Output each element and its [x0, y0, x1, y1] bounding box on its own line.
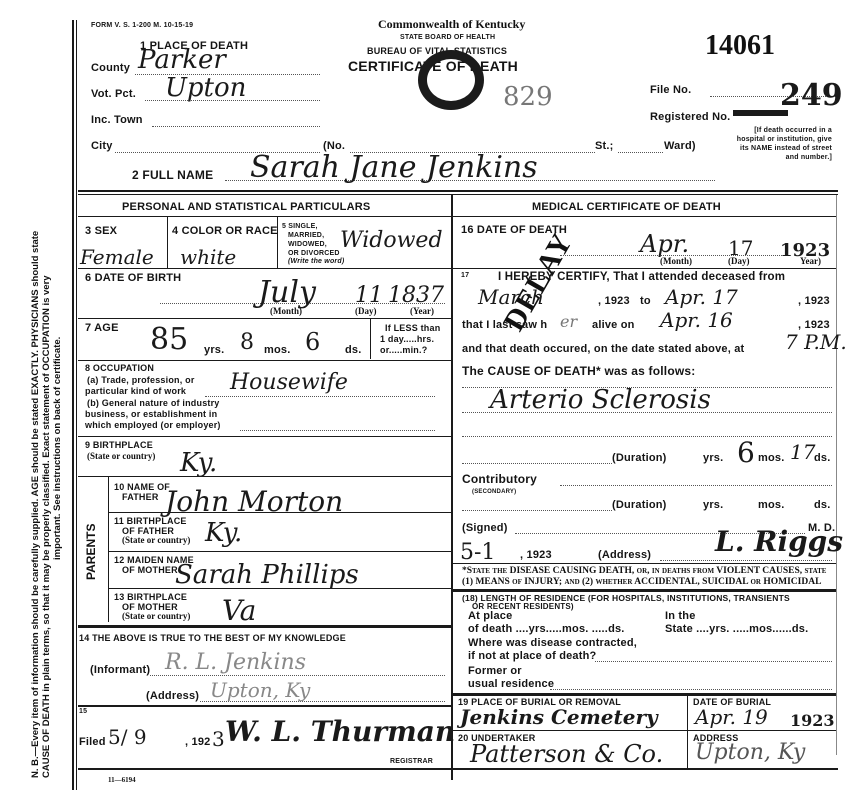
personal-title-rule	[78, 216, 451, 217]
side-note-line2: CAUSE OF DEATH in plain terms, so that i…	[41, 275, 52, 778]
mother-bp-label-1: 13 BIRTHPLACE	[114, 592, 187, 602]
registrar-signature: W. L. Thurman	[225, 715, 455, 748]
father-name-label-1: 10 NAME OF	[114, 482, 170, 492]
dob-day-caption: (Day)	[355, 306, 377, 316]
cause-mos-label: mos.	[758, 452, 784, 464]
signed-value: L. Riggs	[715, 525, 843, 558]
less-than-2: 1 day.....hrs.	[380, 334, 434, 344]
dod-month-caption: (Month)	[660, 256, 692, 266]
cause-value: Arterio Sclerosis	[490, 385, 711, 415]
footnote-2: (1) MEANS of INJURY; and (2) whether ACC…	[462, 577, 821, 587]
vot-pct-value: Upton	[165, 73, 246, 103]
row-rule-4	[78, 436, 451, 437]
attended-from: March	[478, 285, 544, 309]
signed-date: 5-1	[460, 540, 495, 565]
form-code: 11—6194	[108, 776, 136, 784]
burial-mid-rule	[453, 730, 836, 731]
row-rule-1	[78, 268, 451, 269]
dod-month: Apr.	[640, 230, 689, 258]
cause-label: The CAUSE OF DEATH* was as follows:	[462, 364, 695, 378]
inc-town-field[interactable]	[152, 126, 320, 127]
street-st-label: St.;	[595, 140, 614, 152]
contracted-field[interactable]	[595, 661, 832, 662]
in-state-label-2: State ....yrs. .....mos......ds.	[665, 623, 808, 635]
occupation-value: Housewife	[230, 370, 348, 395]
filing-number: 15	[79, 708, 87, 715]
personal-section-title: PERSONAL AND STATISTICAL PARTICULARS	[122, 201, 370, 213]
at-place-label-2: of death ....yrs.....mos. .....ds.	[468, 623, 625, 635]
occupation-b-2: business, or establishment in	[85, 409, 217, 419]
full-name-label: 2 FULL NAME	[132, 168, 213, 182]
attended-to-year: , 1923	[798, 295, 830, 307]
parents-rule-2	[109, 551, 451, 552]
informant-value: R. L. Jenkins	[165, 650, 306, 675]
sex-value: Female	[80, 245, 154, 269]
filed-year-prefix: , 192	[185, 736, 210, 748]
father-name-value: John Morton	[165, 485, 343, 518]
undertaker-value: Patterson & Co.	[470, 740, 663, 768]
age-mos-label: mos.	[264, 344, 290, 356]
occupation-b-field[interactable]	[240, 430, 435, 431]
race-marital-divider	[277, 217, 278, 268]
parents-divider	[108, 477, 109, 622]
mother-bp-value: Va	[222, 594, 256, 627]
birthplace-value: Ky.	[180, 448, 217, 478]
birthplace-label: 9 BIRTHPLACE	[85, 440, 153, 450]
race-value: white	[180, 245, 236, 269]
hospital-note: [If death occurred in a hospital or inst…	[730, 126, 832, 162]
ward-field[interactable]	[618, 152, 663, 153]
occupation-b-1: (b) General nature of industry	[87, 398, 220, 408]
marital-label-5: (Write the word)	[288, 258, 344, 265]
medical-rule-1	[453, 268, 836, 269]
contracted-label-2: if not at place of death?	[468, 650, 596, 662]
vot-pct-label: Vot. Pct.	[91, 88, 136, 100]
residence-bottom-rule	[453, 693, 836, 696]
age-less-divider	[370, 319, 371, 359]
county-label: County	[91, 62, 130, 74]
occupation-a-1: (a) Trade, profession, or	[87, 375, 195, 385]
registered-no-scribble	[733, 110, 788, 116]
age-years: 85	[150, 322, 188, 357]
contrib-duration-label: (Duration)	[612, 499, 667, 511]
mother-bp-label-3: (State or country)	[122, 611, 190, 621]
burial-address-value: Upton, Ky	[695, 740, 805, 765]
file-no-value: 249	[780, 78, 843, 113]
contrib-mos-label: mos.	[758, 499, 784, 511]
side-note-line3: important. See instructions on back of c…	[52, 337, 63, 560]
burial-date-value: Apr. 19	[695, 705, 768, 729]
contrib-duration-dots	[462, 510, 612, 511]
filed-year-suffix: 3	[212, 727, 225, 751]
last-saw-date: Apr. 16	[660, 308, 733, 332]
medical-rule-2	[453, 563, 836, 564]
sex-race-divider	[167, 217, 168, 268]
marital-label-2: MARRIED,	[288, 232, 324, 239]
contrib-ds-label: ds.	[814, 499, 831, 511]
former-residence-label-2: usual residence	[468, 678, 554, 690]
father-bp-value: Ky.	[205, 518, 242, 548]
medical-title-rule	[453, 216, 836, 217]
attended-to: Apr. 17	[665, 285, 738, 309]
cause-duration-dots	[462, 463, 612, 464]
death-time: 7 P.M.	[785, 330, 847, 354]
cause-duration-mos: 6	[737, 436, 755, 469]
filed-label: Filed	[79, 736, 106, 748]
informant-address-value: Upton, Ky	[210, 678, 310, 702]
certify-number: 17	[461, 272, 469, 279]
dod-day-caption: (Day)	[728, 256, 750, 266]
header-divider-2	[78, 194, 838, 195]
age-yrs-label: yrs.	[204, 344, 224, 356]
informant-bottom-rule	[78, 705, 451, 707]
occupation-a-2: particular kind of work	[85, 386, 186, 396]
informant-statement: 14 THE ABOVE IS TRUE TO THE BEST OF MY K…	[79, 633, 346, 643]
mother-name-label-2: OF MOTHER	[122, 565, 178, 575]
death-occurred-text: and that death occured, on the date stat…	[462, 343, 744, 355]
parents-bottom-rule	[78, 625, 451, 628]
occupation-label: 8 OCCUPATION	[85, 363, 154, 373]
file-no-label: File No.	[650, 84, 691, 96]
attended-to-label: to	[640, 295, 651, 307]
contrib-yrs-label: yrs.	[703, 499, 723, 511]
ward-label: Ward)	[664, 140, 696, 152]
filed-date: 5/ 9	[108, 725, 147, 749]
marital-value: Widowed	[340, 228, 443, 253]
marital-label-3: WIDOWED,	[288, 241, 327, 248]
age-ds-label: ds.	[345, 344, 362, 356]
dob-year-caption: (Year)	[410, 306, 434, 316]
parents-side-label: PARENTS	[86, 524, 97, 580]
race-label: 4 COLOR OR RACE	[172, 225, 278, 237]
age-label: 7 AGE	[85, 322, 119, 334]
left-border-inner	[76, 20, 77, 790]
dob-label: 6 DATE OF BIRTH	[85, 272, 181, 284]
row-rule-2	[78, 318, 451, 319]
dob-month-caption: (Month)	[270, 306, 302, 316]
certificate-number: 14061	[705, 30, 775, 62]
informant-address-label: (Address)	[146, 690, 199, 702]
certify-text: I HEREBY CERTIFY, That I attended deceas…	[498, 271, 785, 283]
cause-field-3[interactable]	[462, 436, 832, 437]
inc-town-label: Inc. Town	[91, 114, 143, 126]
father-bp-label-3: (State or country)	[122, 535, 190, 545]
row-rule-3	[78, 360, 451, 361]
left-border	[72, 20, 74, 790]
age-months: 8	[240, 330, 254, 355]
former-residence-field[interactable]	[550, 689, 832, 690]
attended-from-year: , 1923	[598, 295, 630, 307]
registered-no-label: Registered No.	[650, 111, 730, 123]
footnote-1: *State the DISEASE CAUSING DEATH, or, in…	[462, 566, 826, 576]
burial-date-year: 1923	[790, 711, 835, 730]
dob-year: 1837	[388, 283, 444, 308]
cause-yrs-label: yrs.	[703, 452, 723, 464]
burial-place-value: Jenkins Cemetery	[460, 705, 658, 729]
father-bp-label-1: 11 BIRTHPLACE	[114, 516, 187, 526]
medical-section-title: MEDICAL CERTIFICATE OF DEATH	[532, 201, 721, 213]
contributory-field[interactable]	[560, 485, 832, 486]
informant-label: (Informant)	[90, 664, 150, 676]
less-than-3: or.....min.?	[380, 345, 427, 355]
contracted-label-1: Where was disease contracted,	[468, 637, 637, 649]
right-border	[836, 195, 837, 755]
secondary-label: (SECONDARY)	[472, 489, 516, 495]
county-value: Parker	[138, 45, 226, 75]
father-name-label-2: FATHER	[122, 492, 159, 502]
marital-label-1: 5 SINGLE,	[282, 223, 318, 230]
dob-day: 11	[355, 283, 383, 308]
birthplace-sub: (State or country)	[87, 451, 155, 461]
parents-rule-3	[109, 588, 451, 589]
cause-duration-ds: 17	[790, 440, 815, 464]
form-number: FORM V. S. 1-200 M. 10-15-19	[91, 22, 193, 29]
city-label: City	[91, 140, 113, 152]
side-note-line1: N. B.—Every item of information should b…	[30, 231, 41, 778]
dob-month: July	[258, 275, 316, 310]
medical-rule-3	[453, 589, 836, 592]
at-place-label-1: At place	[468, 610, 512, 622]
burial-divider	[687, 696, 688, 768]
header-divider	[78, 190, 838, 192]
less-than-1: If LESS than	[385, 323, 440, 333]
signed-year: , 1923	[520, 549, 552, 561]
age-days: 6	[305, 328, 320, 356]
board-of-health: STATE BOARD OF HEALTH	[400, 34, 495, 41]
parents-rule-1	[109, 512, 451, 513]
filing-bottom-rule	[78, 768, 838, 770]
row-rule-5	[78, 476, 451, 477]
seal-stamp	[418, 50, 484, 110]
registrar-label: REGISTRAR	[390, 758, 433, 765]
signed-address-field[interactable]	[660, 560, 832, 561]
former-residence-label-1: Former or	[468, 665, 522, 677]
last-saw-label: that I last saw h	[462, 319, 547, 331]
in-state-label-1: In the	[665, 610, 696, 622]
informant-field[interactable]	[150, 675, 445, 676]
sex-label: 3 SEX	[85, 225, 117, 237]
full-name-value: Sarah Jane Jenkins	[250, 150, 538, 185]
last-saw-her: er	[560, 312, 577, 331]
mother-name-value: Sarah Phillips	[175, 560, 359, 590]
signed-label: (Signed)	[462, 522, 508, 534]
signed-address-label: (Address)	[598, 549, 651, 561]
handwritten-number: 829	[503, 82, 553, 112]
occupation-a-field[interactable]	[205, 396, 435, 397]
occupation-b-3: which employed (or employer)	[85, 420, 221, 430]
contributory-label: Contributory	[462, 472, 537, 486]
cause-duration-label: (Duration)	[612, 452, 667, 464]
alive-label: alive on	[592, 319, 635, 331]
commonwealth-title: Commonwealth of Kentucky	[378, 17, 525, 32]
cause-ds-label: ds.	[814, 452, 831, 464]
dod-year-caption: Year)	[800, 256, 821, 266]
marital-label-4: OR DIVORCED	[288, 250, 340, 257]
